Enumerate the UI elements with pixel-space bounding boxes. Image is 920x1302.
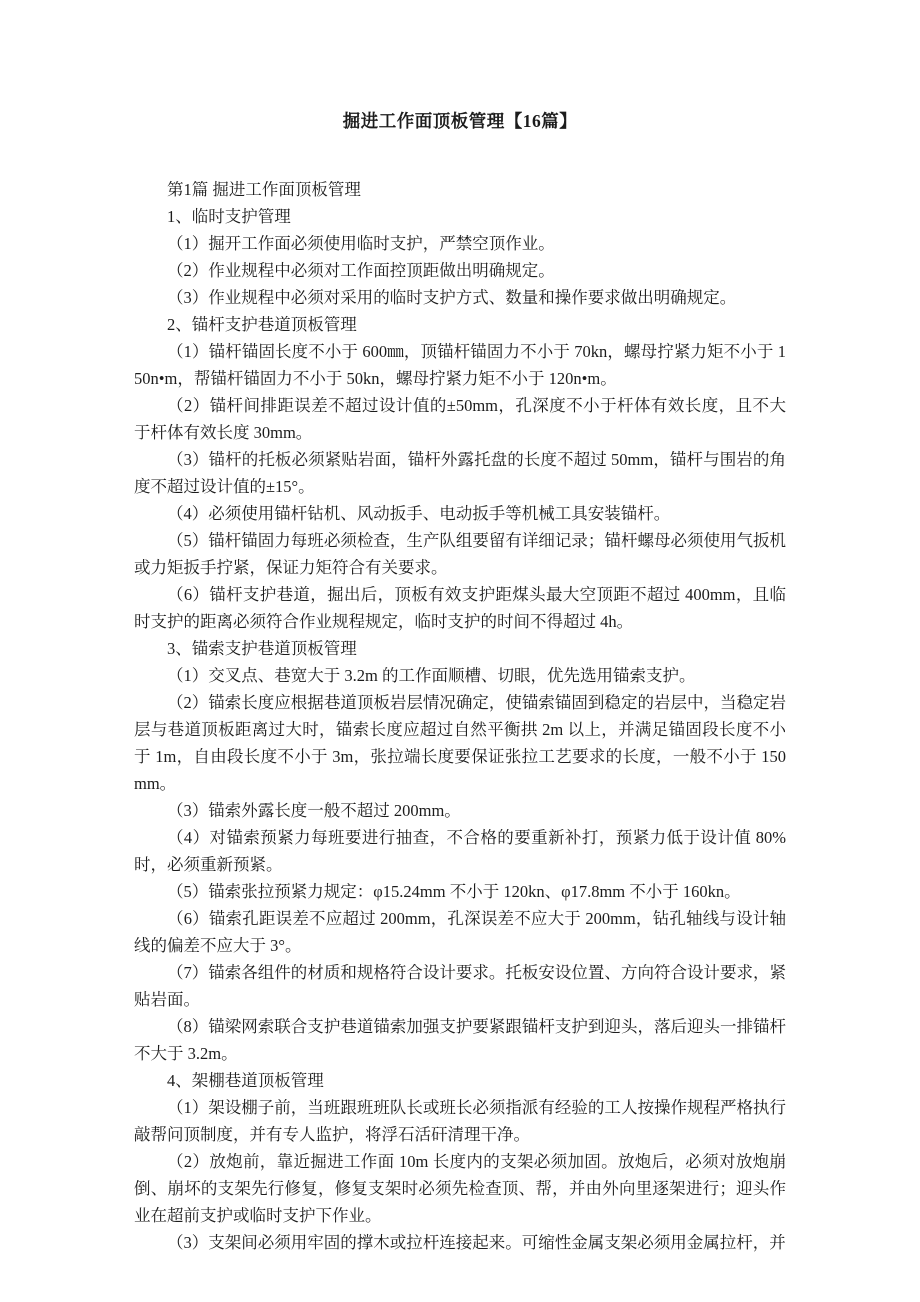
paragraph: 3、锚索支护巷道顶板管理 xyxy=(134,635,786,662)
paragraph: （6）锚索孔距误差不应超过 200mm，孔深误差不应大于 200mm，钻孔轴线与… xyxy=(134,905,786,959)
paragraph: （5）锚杆锚固力每班必须检查，生产队组要留有详细记录；锚杆螺母必须使用气扳机或力… xyxy=(134,527,786,581)
document-title: 掘进工作面顶板管理【16篇】 xyxy=(134,108,786,135)
paragraph: （2）放炮前，靠近掘进工作面 10m 长度内的支架必须加固。放炮后，必须对放炮崩… xyxy=(134,1148,786,1229)
paragraph: （7）锚索各组件的材质和规格符合设计要求。托板安设位置、方向符合设计要求，紧贴岩… xyxy=(134,959,786,1013)
paragraph: （3）锚索外露长度一般不超过 200mm。 xyxy=(134,797,786,824)
paragraph: （2）锚索长度应根据巷道顶板岩层情况确定，使锚索锚固到稳定的岩层中，当稳定岩层与… xyxy=(134,689,786,797)
document-page: 掘进工作面顶板管理【16篇】 第1篇 掘进工作面顶板管理1、临时支护管理（1）掘… xyxy=(0,0,920,1302)
paragraph: （3）作业规程中必须对采用的临时支护方式、数量和操作要求做出明确规定。 xyxy=(134,284,786,311)
paragraph: （2）锚杆间排距误差不超过设计值的±50mm，孔深度不小于杆体有效长度，且不大于… xyxy=(134,392,786,446)
paragraph: 2、锚杆支护巷道顶板管理 xyxy=(134,311,786,338)
paragraph: （1）掘开工作面必须使用临时支护，严禁空顶作业。 xyxy=(134,230,786,257)
paragraph: （1）锚杆锚固长度不小于 600㎜，顶锚杆锚固力不小于 70kn，螺母拧紧力矩不… xyxy=(134,338,786,392)
paragraph: （8）锚梁网索联合支护巷道锚索加强支护要紧跟锚杆支护到迎头，落后迎头一排锚杆不大… xyxy=(134,1013,786,1067)
paragraph: （1）交叉点、巷宽大于 3.2m 的工作面顺槽、切眼，优先选用锚索支护。 xyxy=(134,662,786,689)
paragraph: （4）必须使用锚杆钻机、风动扳手、电动扳手等机械工具安装锚杆。 xyxy=(134,500,786,527)
paragraph: 4、架棚巷道顶板管理 xyxy=(134,1067,786,1094)
paragraph: （6）锚杆支护巷道，掘出后，顶板有效支护距煤头最大空顶距不超过 400mm，且临… xyxy=(134,581,786,635)
paragraph: 第1篇 掘进工作面顶板管理 xyxy=(134,176,786,203)
document-body: 第1篇 掘进工作面顶板管理1、临时支护管理（1）掘开工作面必须使用临时支护，严禁… xyxy=(134,176,786,1256)
paragraph: （2）作业规程中必须对工作面控顶距做出明确规定。 xyxy=(134,257,786,284)
paragraph: （4）对锚索预紧力每班要进行抽查，不合格的要重新补打，预紧力低于设计值 80%时… xyxy=(134,824,786,878)
paragraph: 1、临时支护管理 xyxy=(134,203,786,230)
paragraph: （1）架设棚子前，当班跟班班队长或班长必须指派有经验的工人按操作规程严格执行敲帮… xyxy=(134,1094,786,1148)
paragraph: （5）锚索张拉预紧力规定：φ15.24mm 不小于 120kn、φ17.8mm … xyxy=(134,878,786,905)
paragraph: （3）支架间必须用牢固的撑木或拉杆连接起来。可缩性金属支架必须用金属拉杆，并 xyxy=(134,1229,786,1256)
paragraph: （3）锚杆的托板必须紧贴岩面，锚杆外露托盘的长度不超过 50mm，锚杆与围岩的角… xyxy=(134,446,786,500)
